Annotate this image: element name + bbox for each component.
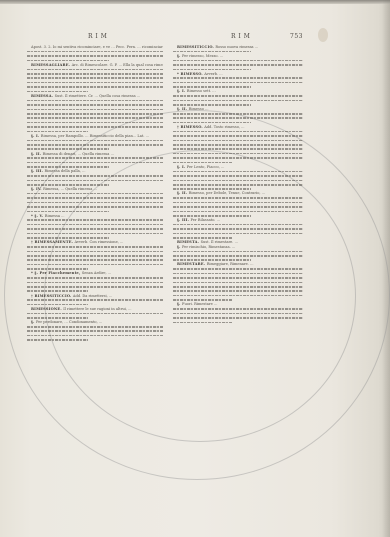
entry-text: Fuori. Rimestare ... [182,302,217,306]
dictionary-entry: §. II. Rimesso ... [173,107,303,125]
dictionary-entry: §. IV. Rimessa, ... Quella rimessa ... [27,187,163,214]
running-header-left: R I M [88,33,107,40]
entry-headword: §. IV. [31,187,43,191]
text-line [173,120,303,124]
text-line [27,316,163,320]
text-line [173,187,303,191]
entry-text: Avverb. Con rimessione, ... [75,240,124,244]
text-line [173,49,303,53]
paper-stain [318,28,328,42]
dictionary-entry: Apost. 3. 2. Io mi sentiva ricominciare,… [27,45,163,63]
dictionary-entry: §. Per perdonare, ... Condonamento, ... [27,320,163,342]
scanned-page: R I M R I M 753 Apost. 3. 2. Io mi senti… [0,0,390,537]
entry-text: Rimessa ... [45,214,65,218]
entry-text: Rimessa di denari, ... Quella rimessa ..… [43,152,114,156]
entry-headword: RIMESSA. [31,94,55,98]
entry-text: Add. Da rimettersi, ... [73,294,113,298]
dictionary-entry: * RIMESSO. Avverb. ... [173,72,303,90]
dictionary-entry: RIMESSIONE. Il rimettere le sue ragioni … [27,307,163,320]
text-line [173,160,303,164]
entry-text: Per Rilassato. ... [191,218,220,222]
entry-text: Per rimischio, Rimestanza. ... [182,245,235,249]
dictionary-entry: §. Fuori. Rimestare ... [173,302,303,324]
entry-headword: RIMESTA. [177,240,201,244]
entry-headword: RIMESSAGLIARE. [31,63,72,67]
entry-text: Per perdonare, ... Condonamento, ... [36,320,102,324]
entry-text: Rosso nuova rimessa ... [215,45,258,49]
entry-text: Rimessa della palla, ... [45,169,86,173]
dictionary-entry: † RIMESSO. Add. Tosto rimesso, ... [173,125,303,165]
entry-headword: RIMESSIONE. [31,307,63,311]
entry-headword: † RIMESSITICCIO. [31,294,73,298]
entry-headword: † RIMESSO. [177,125,204,129]
dictionary-entry: * §. V. Rimessa ... [27,214,163,241]
entry-headword: RIMESSITICCIO. [177,45,215,49]
entry-text: Add. Tosto rimesso, ... [204,125,244,129]
text-line [27,129,163,133]
dictionary-entry: * §. Per Fiacchemente, Senza Ardire, ... [27,271,163,293]
entry-text: Il rimettere le sue ragioni in altrui, .… [63,307,131,311]
dictionary-entry: §. I. Rimesso sett. ... [173,89,303,107]
entry-text: Per Lento, Fiacco, ... [187,165,225,169]
dictionary-entry: §. III. Rimessa della palla, ... [27,169,163,187]
dictionary-entry: † RIMESSITICCIO. Add. Da rimettersi, ... [27,294,163,307]
entry-text: Apost. 3. 2. Io mi sentiva ricominciare,… [31,45,163,49]
entry-text: Avverb. ... [204,72,222,76]
dictionary-entry: §. I. Rimessa, per Rampollo. ... Rimessi… [27,134,163,152]
entry-headword: §. II. [177,191,189,195]
entry-text: Rimesso sett. ... [187,89,216,93]
dictionary-entry: §. I. Per Lento, Fiacco, ... [173,165,303,192]
entry-headword: RIMESTARE. [177,262,207,266]
text-line [27,58,163,62]
dictionary-entry: §. Per rimesso, Mezzo. ... [173,54,303,72]
text-line [173,258,303,262]
entry-text: Rimesso ... [189,107,209,111]
text-line [27,183,163,187]
entry-text: Sust. Il rimestare. ... [201,240,238,244]
dictionary-entry: §. Per rimischio, Rimestanza. ... [173,245,303,263]
entry-text: Arc. di Rimescolare. G. P. ... Ella la q… [72,63,163,67]
text-line [27,267,163,271]
dictionary-entry: RIMESTARE. Rimeggiare, Rimenare. ... [173,262,303,302]
dictionary-entry: † RIMESSAMENTE. Avverb. Con rimessione, … [27,240,163,271]
entry-headword: §. III. [31,169,45,173]
dictionary-entry: RIMESSITICCIO. Rosso nuova rimessa ... [173,45,303,54]
dictionary-entry: §. II. Rimesso, per Debole, Tenue, Contr… [173,191,303,218]
dictionary-entry: RIMESSA. Sust. Il rimettere. Cr. ... Que… [27,94,163,134]
text-line [27,289,163,293]
entry-text: Sust. Il rimettere. Cr. ... Quella cosa … [55,94,141,98]
text-line [173,85,303,89]
entry-headword: * §. Per Fiacchemente, [31,271,82,275]
text-line [173,103,303,107]
entry-headword: §. I. [177,165,187,169]
text-line [173,236,303,240]
running-header-right: R I M [231,33,250,40]
entry-text: Senza Ardire, ... [82,271,111,275]
entry-text: Rimeggiare, Rimenare. ... [207,262,254,266]
entry-text: Rimessa, ... Quella rimessa ... [43,187,97,191]
entry-headword: * RIMESSO. [177,72,204,76]
entry-text: Rimesso, per Debole, Tenue, Contrario, .… [189,191,265,195]
right-text-column: RIMESSITICCIO. Rosso nuova rimessa ... §… [173,45,303,325]
text-line [173,298,303,302]
left-text-column: Apost. 3. 2. Io mi sentiva ricominciare,… [27,45,163,342]
text-line [27,236,163,240]
text-line [27,147,163,151]
entry-text: Rimessa, per Rampollo. ... Rimessiticcio… [41,134,149,138]
text-line [173,67,303,71]
entry-headword: §. III. [177,218,191,222]
page-number: 753 [290,33,303,40]
text-line [173,214,303,218]
text-line [27,338,163,342]
dictionary-entry: RIMESSAGLIARE. Arc. di Rimescolare. G. P… [27,63,163,94]
text-line [27,302,163,306]
text-line [27,165,163,169]
page-top-edge [0,0,390,4]
entry-text: Per rimesso, Mezzo. ... [182,54,223,58]
entry-headword: §. II. [31,152,43,156]
dictionary-entry: §. III. Per Rilassato. ... [173,218,303,240]
text-line [27,89,163,93]
entry-headword: §. I. [177,89,187,93]
dictionary-entry: §. II. Rimessa di denari, ... Quella rim… [27,152,163,170]
entry-headword: §. I. [31,134,41,138]
entry-headword: §. II. [177,107,189,111]
text-line [27,209,163,213]
text-line [173,320,303,324]
entry-headword: * §. V. [31,214,45,218]
entry-headword: † RIMESSAMENTE. [31,240,75,244]
